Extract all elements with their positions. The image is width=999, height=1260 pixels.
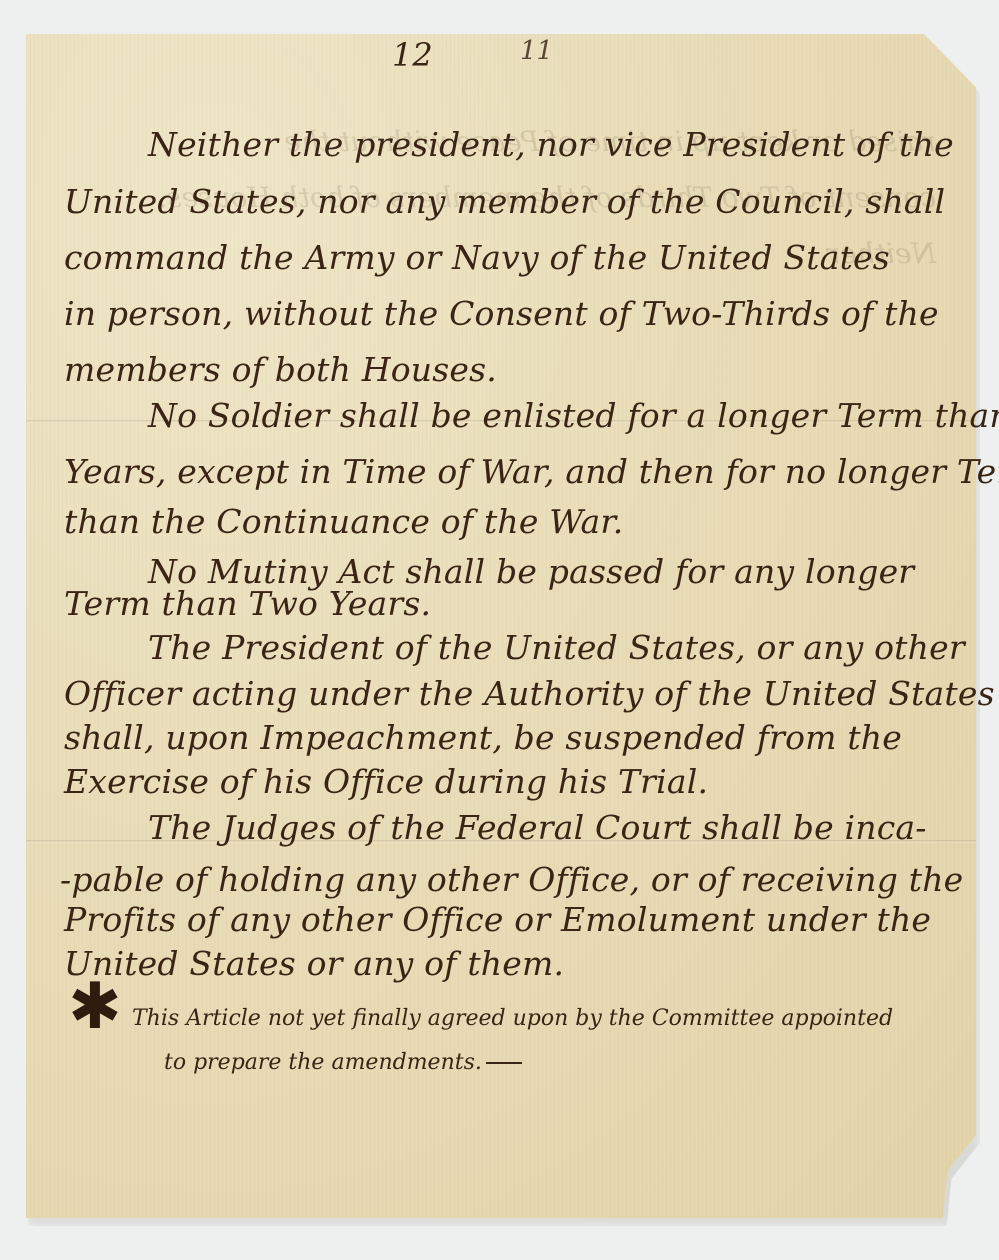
text-line: -pable of holding any other Office, or o… bbox=[60, 860, 963, 899]
text-line: than the Continuance of the War. bbox=[64, 502, 623, 541]
text-line: in person, without the Consent of Two-Th… bbox=[64, 294, 939, 333]
flourish-dash bbox=[486, 1062, 522, 1064]
text-line: Neither the president, nor vice Presiden… bbox=[148, 125, 954, 164]
text-line: members of both Houses. bbox=[64, 350, 497, 389]
text-line: Profits of any other Office or Emolument… bbox=[64, 900, 931, 939]
margin-mark: 11 bbox=[520, 36, 553, 66]
footnote-line: to prepare the amendments. bbox=[164, 1050, 522, 1075]
text-line: command the Army or Navy of the United S… bbox=[64, 238, 890, 277]
page-number: 12 bbox=[392, 36, 433, 74]
text-line: United States or any of them. bbox=[64, 944, 564, 983]
footnote-line: This Article not yet finally agreed upon… bbox=[132, 1006, 893, 1031]
text-line: United States, nor any member of the Cou… bbox=[64, 182, 945, 221]
text-line: Officer acting under the Authority of th… bbox=[64, 674, 995, 713]
text-line: Years, except in Time of War, and then f… bbox=[64, 452, 999, 491]
text-line: The Judges of the Federal Court shall be… bbox=[148, 808, 927, 847]
asterisk-icon: ✱ bbox=[68, 970, 122, 1044]
text-line: No Soldier shall be enlisted for a longe… bbox=[148, 396, 999, 435]
footnote-text: to prepare the amendments. bbox=[164, 1050, 482, 1075]
text-line: The President of the United States, or a… bbox=[148, 628, 965, 667]
text-line: Exercise of his Office during his Trial. bbox=[64, 762, 708, 801]
text-line: Term than Two Years. bbox=[64, 584, 431, 623]
text-line: shall, upon Impeachment, be suspended fr… bbox=[64, 718, 902, 757]
